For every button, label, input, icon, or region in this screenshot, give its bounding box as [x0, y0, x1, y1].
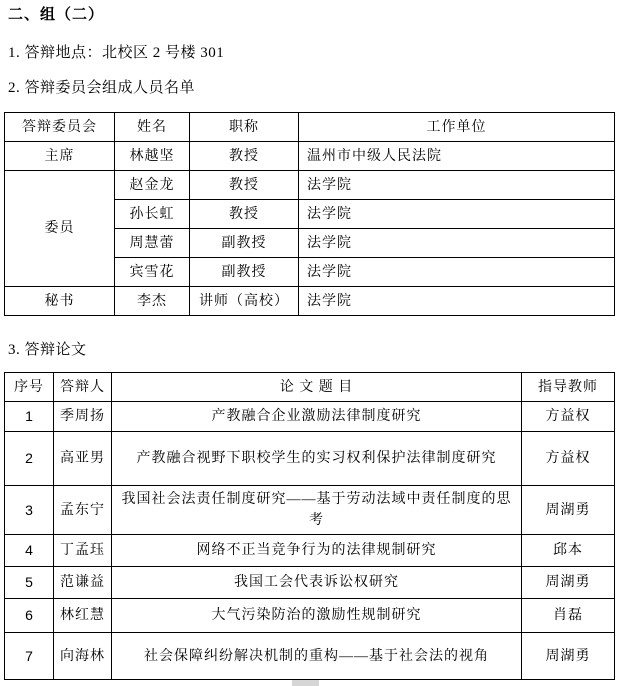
name-cell: 李杰 [115, 287, 190, 316]
advisor-cell: 方益权 [522, 432, 615, 486]
header-committee: 答辩委员会 [5, 113, 115, 142]
title-cell: 教授 [190, 142, 299, 171]
header-title: 职称 [190, 113, 299, 142]
committee-list-line: 2. 答辩委员会组成人员名单 [8, 79, 613, 97]
title-cell: 教授 [190, 171, 299, 200]
unit-cell: 法学院 [299, 258, 615, 287]
name-cell: 孙长虹 [115, 200, 190, 229]
student-cell: 季周扬 [54, 402, 112, 432]
student-cell: 林红慧 [54, 599, 112, 633]
student-cell: 高亚男 [54, 432, 112, 486]
theses-table: 序号 答辩人 论 文 题 目 指导教师 1 季周扬 产教融合企业激励法律制度研究… [4, 372, 615, 680]
table-row: 委员 赵金龙 教授 法学院 [5, 171, 615, 200]
header-student: 答辩人 [54, 373, 112, 402]
thesis-cell: 网络不正当竞争行为的法律规制研究 [112, 535, 522, 567]
table-row: 主席 林越坚 教授 温州市中级人民法院 [5, 142, 615, 171]
unit-cell: 法学院 [299, 171, 615, 200]
title-cell: 教授 [190, 200, 299, 229]
table-row: 4 丁孟珏 网络不正当竞争行为的法律规制研究 邱本 [5, 535, 615, 567]
thesis-cell: 社会保障纠纷解决机制的重构——基于社会法的视角 [112, 633, 522, 680]
title-cell: 副教授 [190, 229, 299, 258]
section-title: 二、组（二） [8, 6, 613, 25]
header-thesis: 论 文 题 目 [112, 373, 522, 402]
name-cell: 周慧蕾 [115, 229, 190, 258]
advisor-cell: 周湖勇 [522, 633, 615, 680]
header-unit: 工作单位 [299, 113, 615, 142]
advisor-cell: 方益权 [522, 402, 615, 432]
unit-cell: 法学院 [299, 287, 615, 316]
table-row: 秘书 李杰 讲师（高校） 法学院 [5, 287, 615, 316]
table-row: 5 范谦益 我国工会代表诉讼权研究 周湖勇 [5, 567, 615, 599]
theses-line: 3. 答辩论文 [8, 341, 613, 359]
advisor-cell: 肖磊 [522, 599, 615, 633]
table-row: 6 林红慧 大气污染防治的激励性规制研究 肖磊 [5, 599, 615, 633]
header-advisor: 指导教师 [522, 373, 615, 402]
thesis-cell: 我国社会法责任制度研究——基于劳动法域中责任制度的思考 [112, 486, 522, 535]
table-row: 2 高亚男 产教融合视野下职校学生的实习权利保护法律制度研究 方益权 [5, 432, 615, 486]
no-cell: 5 [5, 567, 54, 599]
advisor-cell: 周湖勇 [522, 486, 615, 535]
no-cell: 3 [5, 486, 54, 535]
thesis-cell: 我国工会代表诉讼权研究 [112, 567, 522, 599]
committee-table: 答辩委员会 姓名 职称 工作单位 主席 林越坚 教授 温州市中级人民法院 委员 … [4, 112, 615, 316]
theses-header-row: 序号 答辩人 论 文 题 目 指导教师 [5, 373, 615, 402]
name-cell: 林越坚 [115, 142, 190, 171]
student-cell: 向海林 [54, 633, 112, 680]
table-row: 7 向海林 社会保障纠纷解决机制的重构——基于社会法的视角 周湖勇 [5, 633, 615, 680]
student-cell: 孟东宁 [54, 486, 112, 535]
header-no: 序号 [5, 373, 54, 402]
name-cell: 赵金龙 [115, 171, 190, 200]
no-cell: 1 [5, 402, 54, 432]
page-number-field [292, 680, 319, 686]
thesis-cell: 产教融合企业激励法律制度研究 [112, 402, 522, 432]
unit-cell: 温州市中级人民法院 [299, 142, 615, 171]
unit-cell: 法学院 [299, 200, 615, 229]
title-cell: 讲师（高校） [190, 287, 299, 316]
student-cell: 丁孟珏 [54, 535, 112, 567]
no-cell: 2 [5, 432, 54, 486]
role-cell: 秘书 [5, 287, 115, 316]
title-cell: 副教授 [190, 258, 299, 287]
advisor-cell: 邱本 [522, 535, 615, 567]
no-cell: 4 [5, 535, 54, 567]
committee-header-row: 答辩委员会 姓名 职称 工作单位 [5, 113, 615, 142]
table-row: 3 孟东宁 我国社会法责任制度研究——基于劳动法域中责任制度的思考 周湖勇 [5, 486, 615, 535]
role-cell: 主席 [5, 142, 115, 171]
unit-cell: 法学院 [299, 229, 615, 258]
role-cell-members: 委员 [5, 171, 115, 287]
table-row: 1 季周扬 产教融合企业激励法律制度研究 方益权 [5, 402, 615, 432]
defense-location-line: 1. 答辩地点：北校区 2 号楼 301 [8, 44, 613, 62]
header-name: 姓名 [115, 113, 190, 142]
thesis-cell: 产教融合视野下职校学生的实习权利保护法律制度研究 [112, 432, 522, 486]
document-page: 二、组（二） 1. 答辩地点：北校区 2 号楼 301 2. 答辩委员会组成人员… [0, 0, 618, 686]
no-cell: 7 [5, 633, 54, 680]
advisor-cell: 周湖勇 [522, 567, 615, 599]
no-cell: 6 [5, 599, 54, 633]
name-cell: 宾雪花 [115, 258, 190, 287]
student-cell: 范谦益 [54, 567, 112, 599]
thesis-cell: 大气污染防治的激励性规制研究 [112, 599, 522, 633]
